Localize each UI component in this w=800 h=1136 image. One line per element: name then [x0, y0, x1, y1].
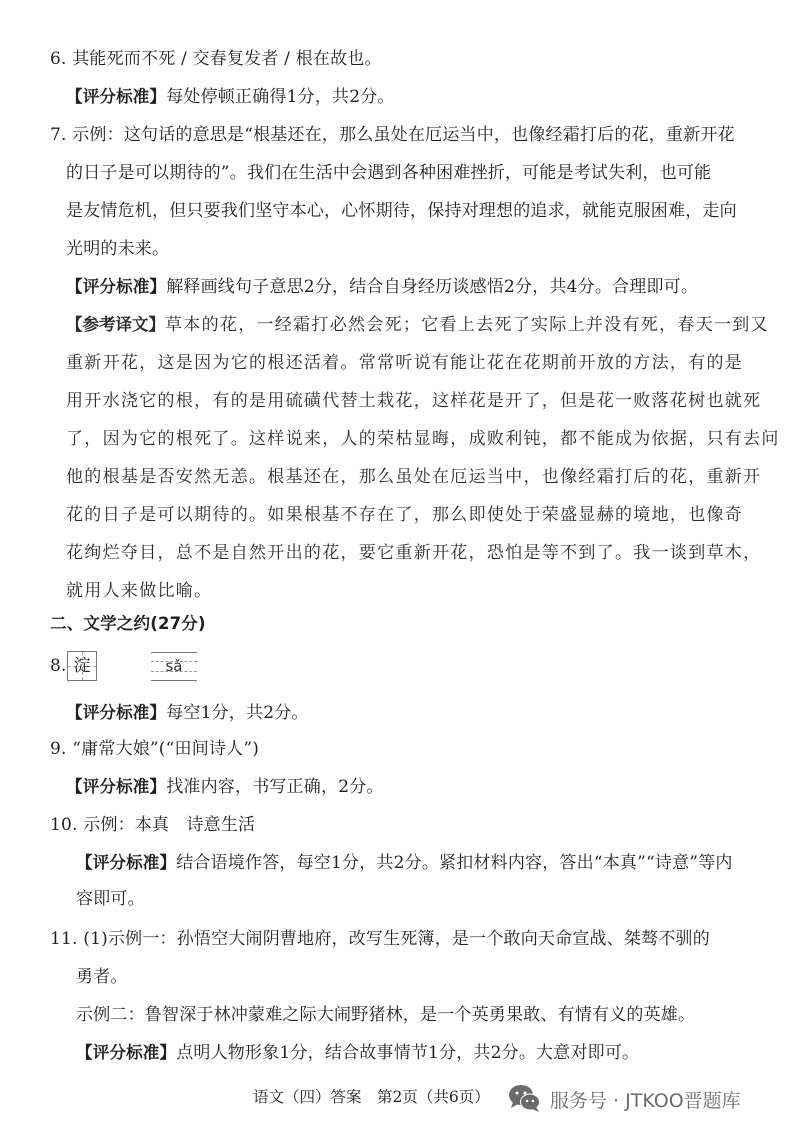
scoring-tag: 【评分标准】 [76, 853, 176, 872]
q7-translation-line-6: 花的日子是可以期待的。如果根基不存在了，那么即使处于荣盛显赫的境地，也像奇 [66, 503, 743, 527]
q7-translation-line-4: 了，因为它的根死了。这样说来，人的荣枯显晦，成败利钝，都不能成为依据，只有去问 [66, 427, 780, 451]
scoring-tag: 【评分标准】 [66, 87, 166, 106]
translation-tag: 【参考译文】 [66, 315, 165, 334]
q7-scoring: 【评分标准】解释画线句子意思2分，结合自身经历谈感悟2分，共4分。合理即可。 [66, 275, 698, 299]
wechat-icon [508, 1084, 542, 1114]
q7-translation-line-1: 【参考译文】草本的花，一经霜打必然会死；它看上去死了实际上并没有死，春天一到又 [66, 313, 769, 337]
grid-line [151, 652, 197, 653]
watermark-text: 服务号 · JTKOO晋题库 [550, 1086, 741, 1113]
page-footer: 语文（四）答案 第2页（共6页） [253, 1086, 490, 1108]
q6-scoring: 【评分标准】每处停顿正确得1分，共2分。 [66, 85, 395, 109]
q10-scoring-line-2: 容即可。 [76, 887, 145, 911]
q11-example2: 示例二：鲁智深于林冲蒙难之际大闹野猪林，是一个英勇果敢、有情有义的英雄。 [76, 1003, 695, 1027]
tian-zi-ge-box: 淀 [67, 651, 97, 681]
scoring-text: 找准内容，书写正确，2分。 [166, 777, 383, 797]
q10-answer: 10. 示例：本真 诗意生活 [50, 813, 255, 837]
scoring-text: 每空1分，共2分。 [166, 703, 308, 723]
scoring-text: 结合语境作答，每空1分，共2分。紧扣材料内容，答出“本真”“诗意”等内 [176, 853, 732, 873]
q6-answer: 6. 其能死而不死 / 交春复发者 / 根在故也。 [50, 47, 382, 71]
q11-example1-line-2: 勇者。 [76, 965, 128, 989]
q7-translation-line-8: 就用人来做比喻。 [66, 579, 212, 603]
q8-char-answer: 淀 [68, 652, 96, 680]
translation-text: 草本的花，一经霜打必然会死；它看上去死了实际上并没有死，春天一到又 [165, 315, 769, 335]
scoring-tag: 【评分标准】 [76, 1043, 176, 1062]
q11-example1-line-1: 11. (1)示例一：孙悟空大闹阴曹地府，改写生死簿，是一个敢向天命宣战、桀骜不… [50, 927, 710, 951]
scoring-text: 点明人物形象1分，结合故事情节1分，共2分。大意对即可。 [176, 1043, 639, 1063]
q7-answer-line-3: 是友情危机，但只要我们坚守本心，心怀期待，保持对理想的追求，就能克服困难，走向 [66, 199, 737, 223]
scoring-text: 每处停顿正确得1分，共2分。 [166, 87, 394, 107]
q7-translation-line-7: 花绚烂夺目，总不是自然开出的花，要它重新开花，恐怕是等不到了。我一谈到草木， [66, 541, 761, 565]
scoring-tag: 【评分标准】 [66, 777, 166, 796]
q9-scoring: 【评分标准】找准内容，书写正确，2分。 [66, 775, 384, 799]
q7-translation-line-5: 他的根基是否安然无恙。根基还在，那么虽处在厄运当中，也像经霜打后的花，重新开 [66, 465, 761, 489]
q8-pinyin-answer: sǎ [151, 657, 197, 675]
q7-answer-line-1: 7. 示例：这句话的意思是“根基还在，那么虽处在厄运当中，也像经霜打后的花，重新… [50, 123, 735, 147]
scoring-text: 解释画线句子意思2分，结合自身经历谈感悟2分，共4分。合理即可。 [166, 277, 698, 297]
q7-answer-line-2: 的日子是可以期待的”。我们在生活中会遇到各种困难挫折，可能是考试失利，也可能 [66, 161, 711, 185]
q7-translation-line-2: 重新开花，这是因为它的根还活着。常常听说有能让花在花期前开放的方法，有的是 [66, 351, 743, 375]
q9-answer: 9. “庸常大娘”(“田间诗人”) [50, 737, 259, 761]
watermark: 服务号 · JTKOO晋题库 [508, 1082, 741, 1116]
pinyin-four-line-grid: sǎ [151, 652, 197, 680]
q10-scoring: 【评分标准】结合语境作答，每空1分，共2分。紧扣材料内容，答出“本真”“诗意”等… [76, 851, 733, 875]
grid-line [151, 680, 197, 681]
q11-scoring: 【评分标准】点明人物形象1分，结合故事情节1分，共2分。大意对即可。 [76, 1041, 639, 1065]
section-title: 二、文学之约(27分) [50, 612, 206, 636]
answer-page: 6. 其能死而不死 / 交春复发者 / 根在故也。 【评分标准】每处停顿正确得1… [0, 0, 800, 1136]
scoring-tag: 【评分标准】 [66, 703, 166, 722]
q8-scoring: 【评分标准】每空1分，共2分。 [66, 701, 309, 725]
q7-translation-line-3: 用开水浇它的根，有的是用硫磺代替土栽花，这样花是开了，但是花一败落花树也就死 [66, 389, 761, 413]
scoring-tag: 【评分标准】 [66, 277, 166, 296]
q8-number: 8. [50, 654, 66, 678]
q7-answer-line-4: 光明的未来。 [66, 237, 169, 261]
